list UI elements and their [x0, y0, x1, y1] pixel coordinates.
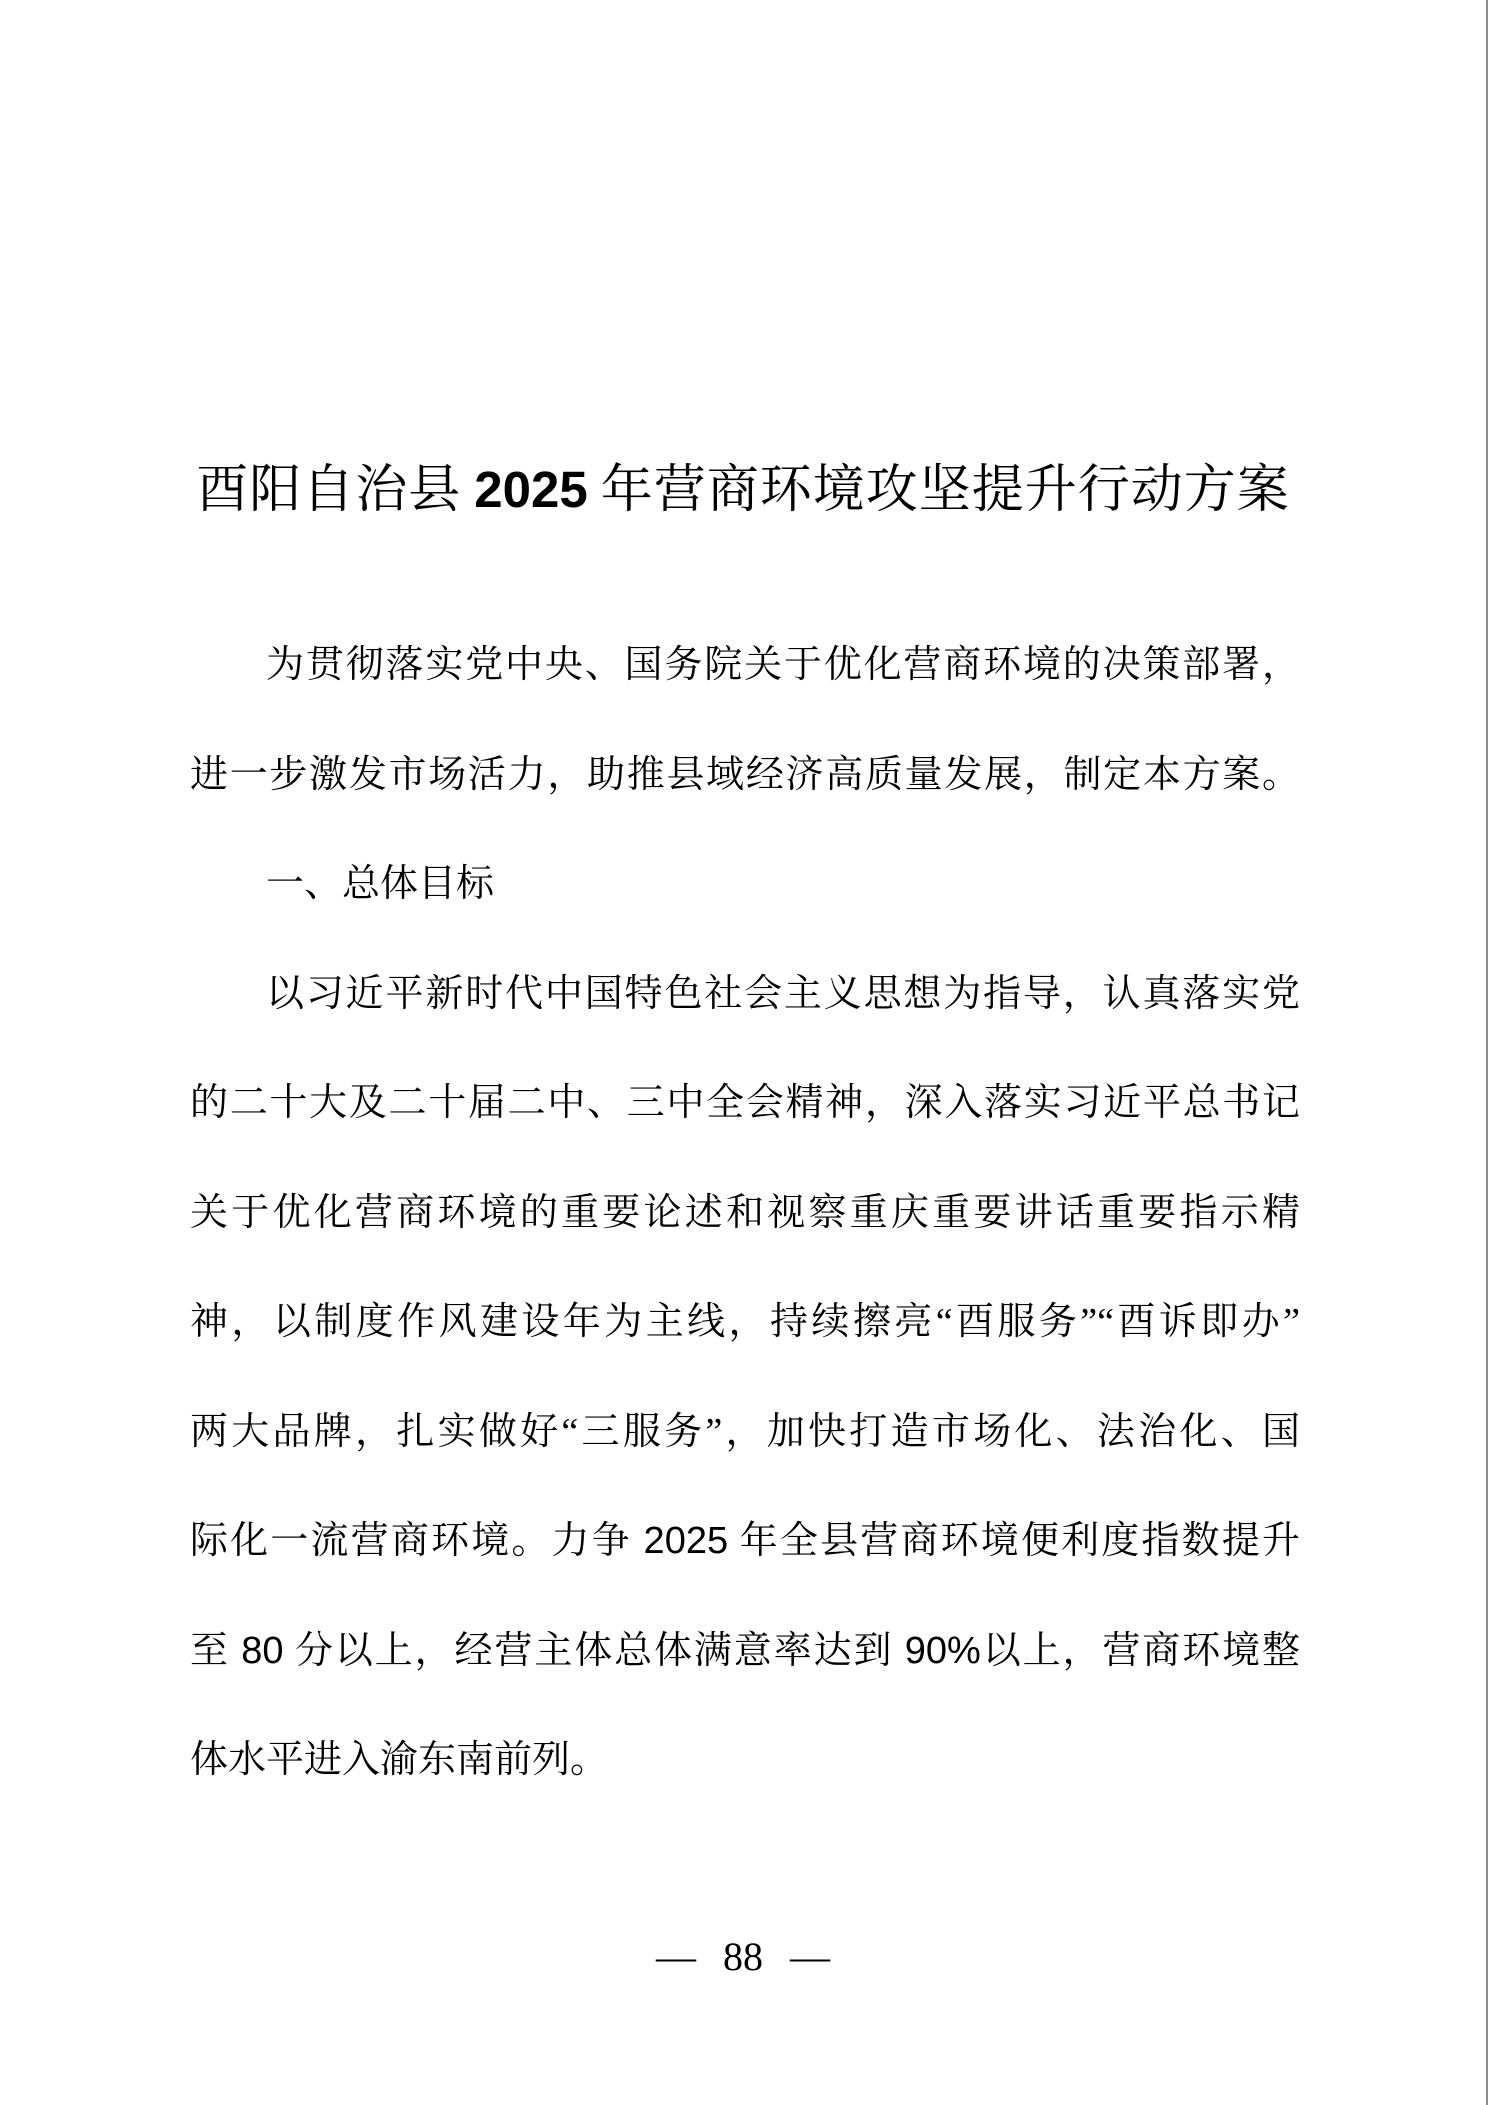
body-line: 进一步激发市场活力，助推县域经济高质量发展，制定本方案。 [190, 721, 1300, 831]
footer-dash-right: — [790, 1934, 830, 1980]
section-heading: 一、总体目标 [190, 830, 1300, 940]
document-title: 酉阳自治县2025年营商环境攻坚提升行动方案 [0, 452, 1486, 529]
title-text-prefix: 酉阳自治县 [196, 462, 461, 519]
document-body: 为贯彻落实党中央、国务院关于优化营商环境的决策部署， 进一步激发市场活力，助推县… [190, 611, 1300, 1816]
body-line: 神，以制度作风建设年为主线，持续擦亮“酉服务”“酉诉即办” [190, 1268, 1300, 1378]
body-line: 为贯彻落实党中央、国务院关于优化营商环境的决策部署， [190, 611, 1300, 721]
body-line: 际化一流营商环境。力争 2025 年全县营商环境便利度指数提升 [190, 1487, 1300, 1597]
title-year: 2025 [474, 461, 587, 518]
body-line: 至 80 分以上，经营主体总体满意率达到 90%以上，营商环境整 [190, 1597, 1300, 1707]
title-text-suffix: 年营商环境攻坚提升行动方案 [601, 462, 1290, 519]
page-number: 88 [723, 1934, 763, 1980]
body-line: 体水平进入渝东南前列。 [190, 1706, 1300, 1816]
body-line: 以习近平新时代中国特色社会主义思想为指导，认真落实党 [190, 940, 1300, 1050]
body-line: 关于优化营商环境的重要论述和视察重庆重要讲话重要指示精 [190, 1159, 1300, 1269]
page-footer: — 88 — [0, 1934, 1486, 1980]
body-line: 的二十大及二十届二中、三中全会精神，深入落实习近平总书记 [190, 1049, 1300, 1159]
document-page: 酉阳自治县2025年营商环境攻坚提升行动方案 为贯彻落实党中央、国务院关于优化营… [0, 0, 1488, 2105]
body-line: 两大品牌，扎实做好“三服务”，加快打造市场化、法治化、国 [190, 1378, 1300, 1488]
footer-dash-left: — [656, 1934, 696, 1980]
